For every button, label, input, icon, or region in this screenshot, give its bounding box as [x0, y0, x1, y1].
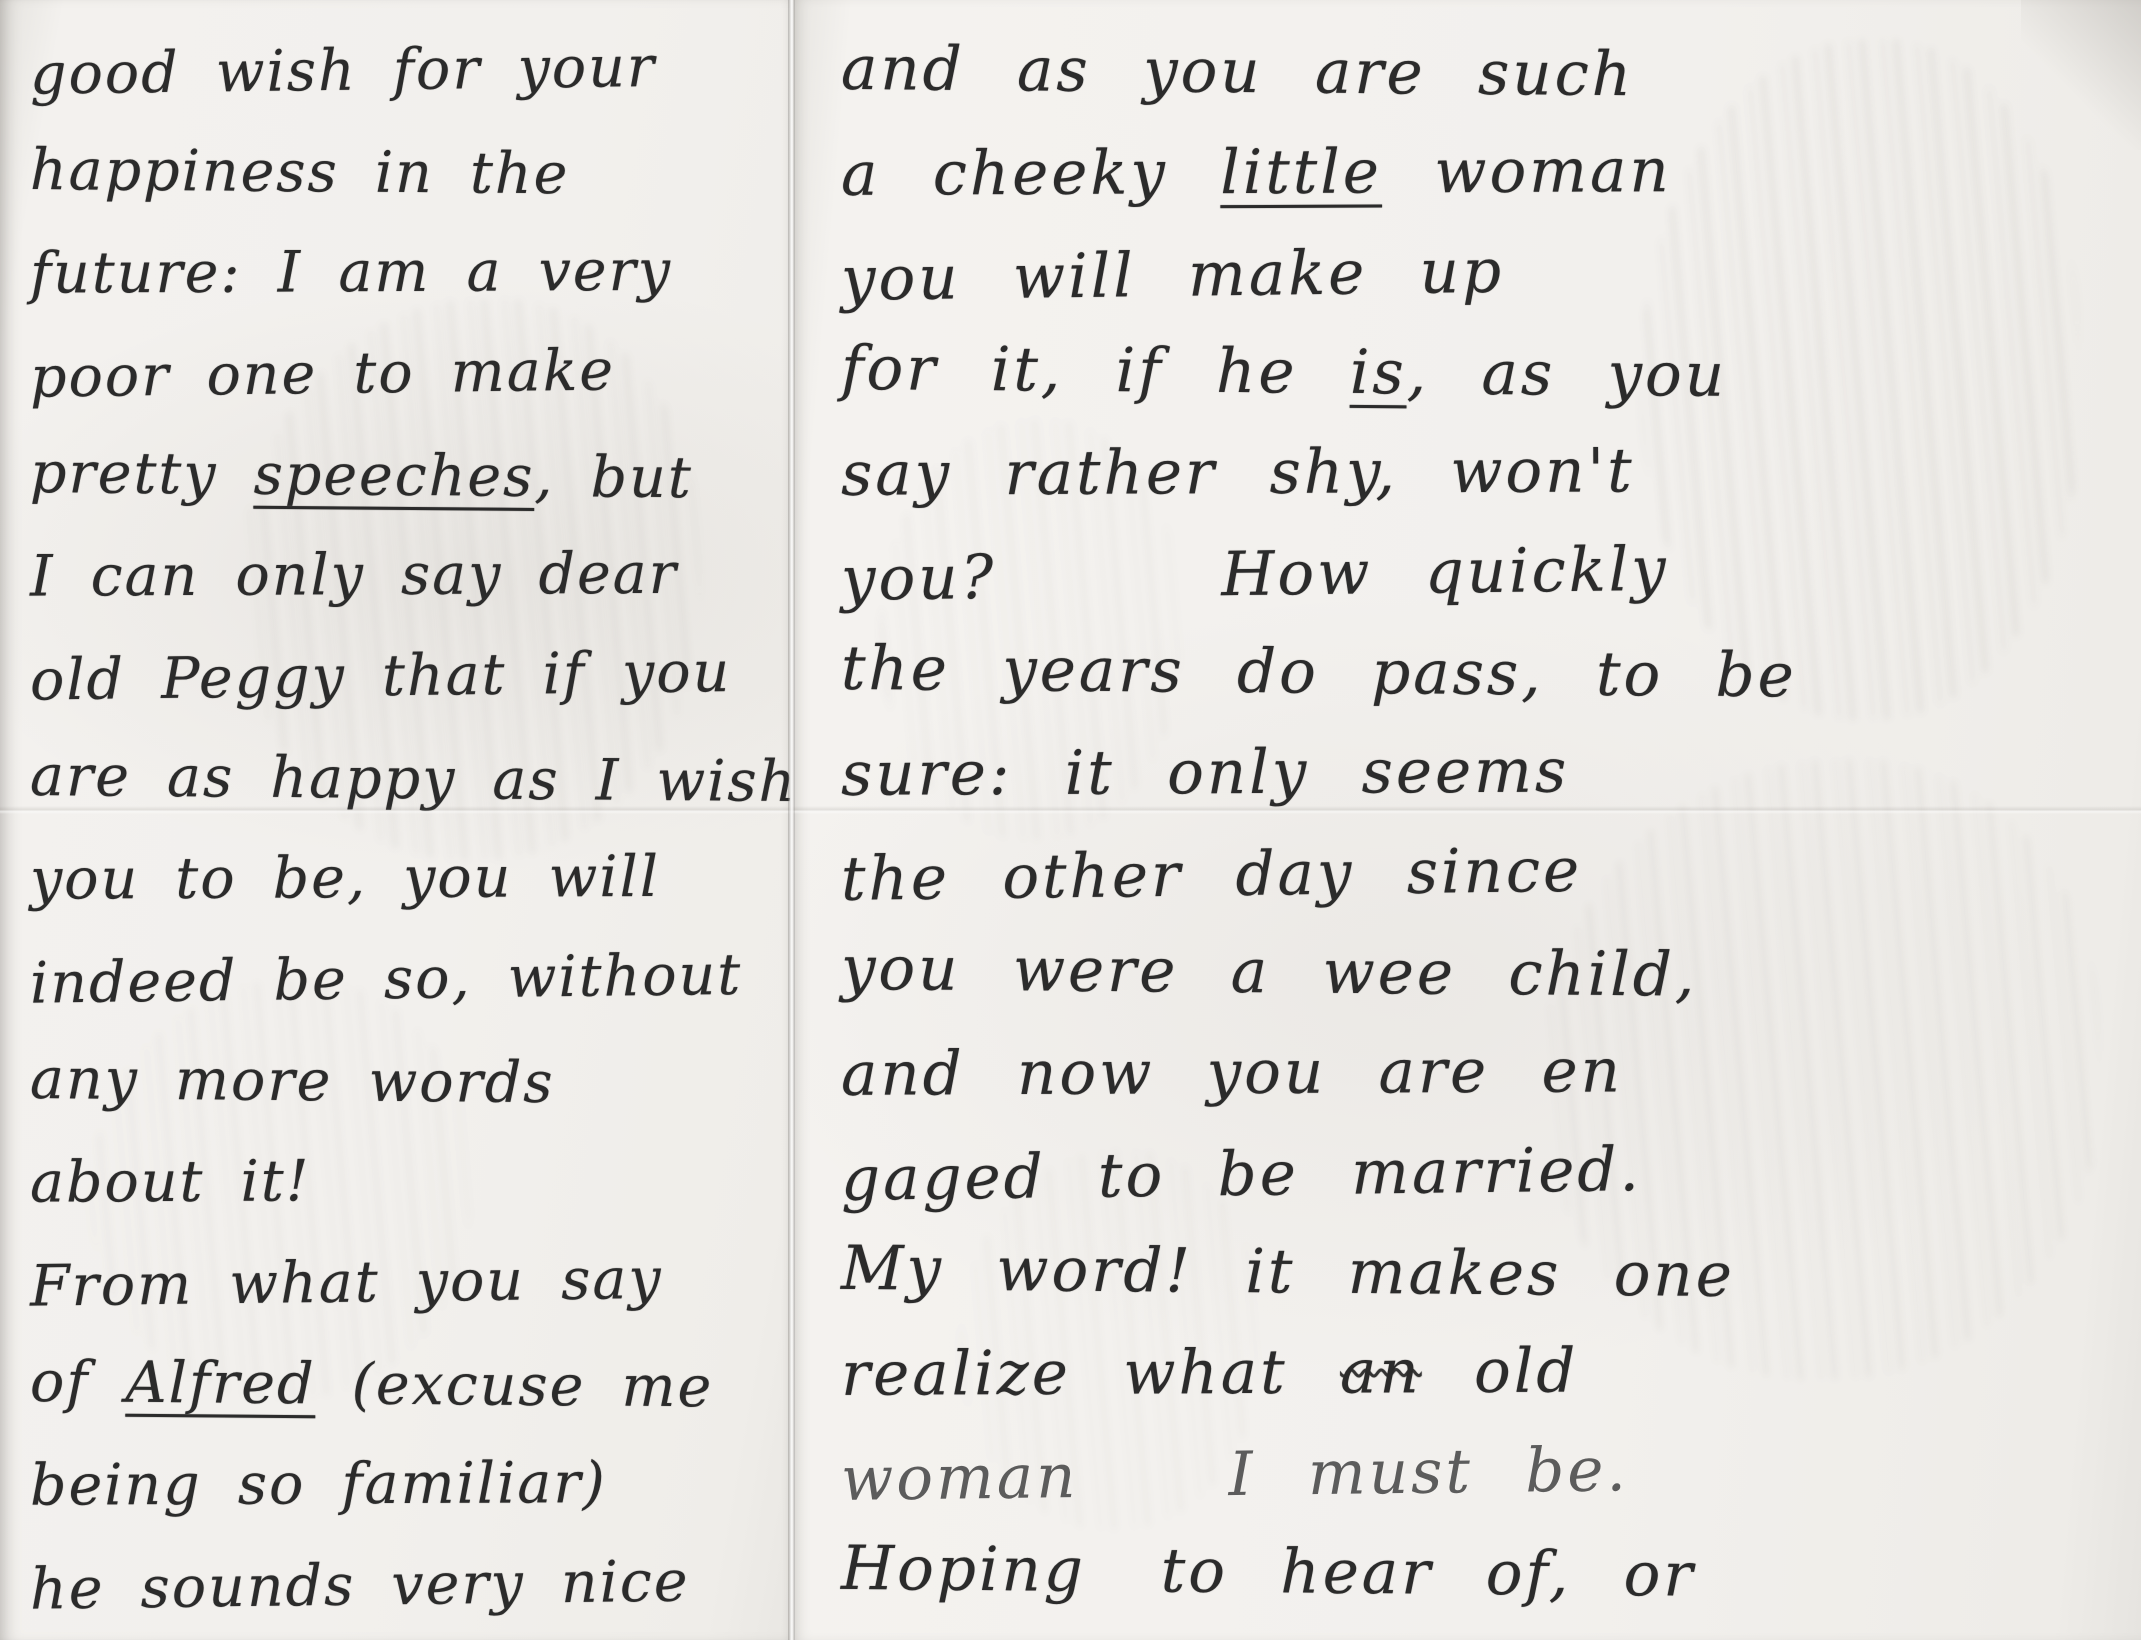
- handwriting-line: you to be, you will: [30, 826, 784, 930]
- handwriting-line: say rather shy, won't: [841, 419, 2131, 525]
- handwriting-line: and now you are en: [841, 1019, 2131, 1125]
- handwriting-line: I can only say dear: [30, 523, 784, 627]
- inline-gap: [996, 595, 1221, 598]
- handwriting-line: being so familiar): [30, 1432, 784, 1536]
- handwriting-line: about it!: [30, 1129, 784, 1233]
- handwriting-line: a cheeky little woman: [841, 119, 2131, 225]
- handwriting-line: are as happy as I wish: [30, 726, 785, 833]
- handwriting-phrase: to hear of, or: [1161, 1535, 1696, 1610]
- handwriting-phrase: Hoping: [841, 1533, 1086, 1606]
- handwriting-line: happiness in the: [30, 120, 785, 227]
- handwriting-line: the other day since: [840, 814, 2131, 930]
- handwriting-line: the years do pass, to be: [841, 619, 2132, 729]
- handwriting-line: realize what an old: [841, 1319, 2131, 1425]
- handwriting-line: future: I am a very: [30, 220, 784, 324]
- handwriting-line: he sounds very nice: [29, 1530, 784, 1640]
- handwriting-line: poor one to make: [29, 318, 784, 428]
- handwriting-line: From what you say: [29, 1227, 784, 1337]
- handwriting-line: and as you are such: [841, 19, 2132, 129]
- letter-page-left: good wish for your happiness in the futu…: [0, 0, 790, 1640]
- handwriting-line: good wish for your: [29, 15, 784, 125]
- handwriting-line: My word! it makes one: [841, 1219, 2132, 1329]
- handwriting-line: for it, if he is, as you: [841, 319, 2132, 429]
- handwriting-line: pretty speeches, but: [30, 423, 785, 530]
- handwriting-line: you were a wee child,: [841, 919, 2132, 1029]
- letter-page-right: and as you are such a cheeky little woma…: [793, 0, 2141, 1640]
- handwriting-line: sure: it only seems: [841, 719, 2131, 825]
- handwriting-line: you will make up: [840, 214, 2131, 330]
- page-gutter-crease: [788, 0, 795, 1640]
- handwriting-line: old Peggy that if you: [29, 621, 784, 731]
- handwriting-phrase: I must be.: [1228, 1434, 1629, 1510]
- handwriting-phrase: How quickly: [1221, 534, 1669, 610]
- handwriting-line: womanI must be.: [840, 1414, 2131, 1530]
- handwriting-line: any more words: [30, 1029, 785, 1136]
- handwriting-phrase: you?: [841, 542, 997, 615]
- inline-gap: [1079, 1495, 1229, 1497]
- handwriting-line: of Alfred (excuse me: [30, 1332, 785, 1439]
- handwriting-phrase: woman: [841, 1441, 1079, 1515]
- handwriting-line: indeed be so, without: [29, 924, 784, 1034]
- inline-gap: [1086, 1591, 1161, 1592]
- letter-scan: good wish for your happiness in the futu…: [0, 0, 2141, 1640]
- handwriting-line: you?How quickly: [840, 514, 2131, 630]
- handwriting-line: gaged to be married.: [840, 1114, 2131, 1230]
- handwriting-line: Hopingto hear of, or: [841, 1519, 2132, 1629]
